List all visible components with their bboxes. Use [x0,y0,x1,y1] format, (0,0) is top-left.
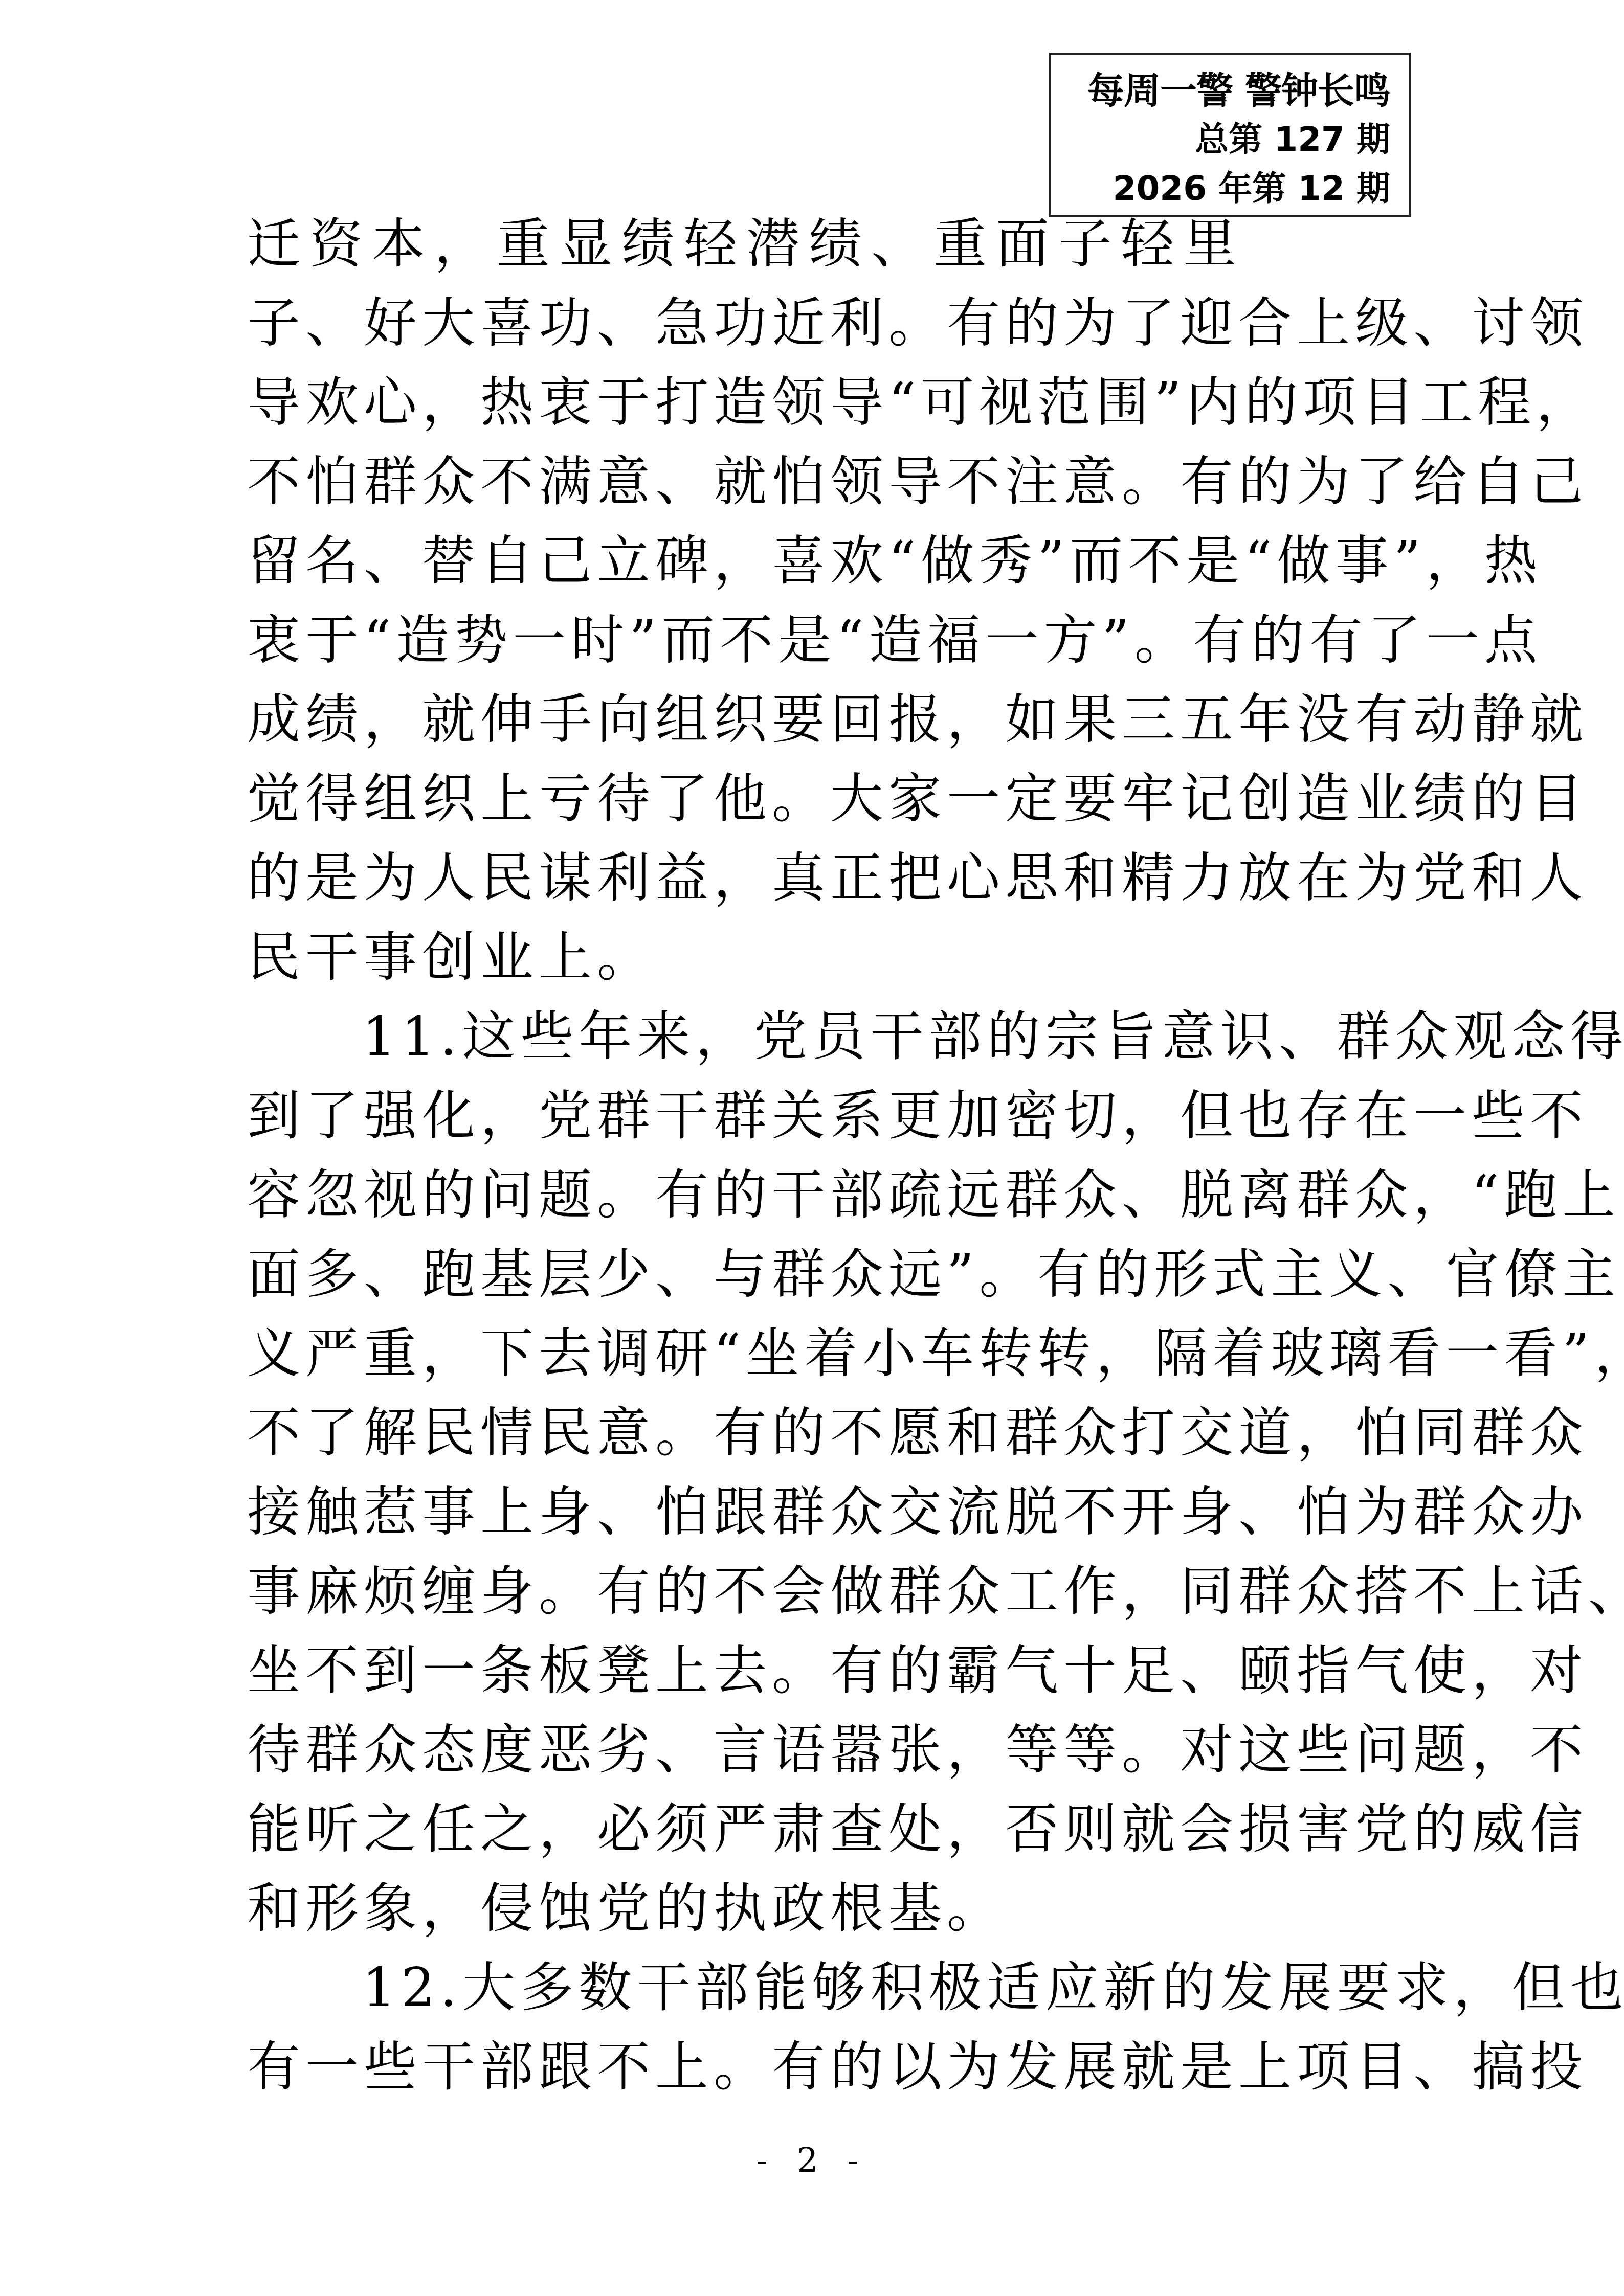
text-line: 义严重，下去调研“坐着小车转转，隔着玻璃看一看”， [247,1314,1393,1393]
total-issue-number: 总第 127 期 [1051,115,1390,164]
paragraph-continued: 迁资本，重显绩轻潜绩、重面子轻里 子、好大喜功、急功近利。有的为了迎合上级、讨领… [247,205,1393,997]
text-line: 事麻烦缠身。有的不会做群众工作，同群众搭不上话、 [247,1552,1393,1631]
paragraph-11: 11.这些年来，党员干部的宗旨意识、群众观念得 到了强化，党群干群关系更加密切，… [247,997,1393,1948]
text-line: 到了强化，党群干群关系更加密切，但也存在一些不 [247,1076,1393,1156]
text-line: 不了解民情民意。有的不愿和群众打交道，怕同群众 [247,1393,1393,1473]
text-line: 坐不到一条板凳上去。有的霸气十足、颐指气使，对 [247,1631,1393,1710]
text-line: 的是为人民谋利益，真正把心思和精力放在为党和人 [247,839,1393,918]
document-body: 迁资本，重显绩轻潜绩、重面子轻里 子、好大喜功、急功近利。有的为了迎合上级、讨领… [247,205,1393,2107]
text-line: 不怕群众不满意、就怕领导不注意。有的为了给自己 [247,442,1393,522]
text-line: 11.这些年来，党员干部的宗旨意识、群众观念得 [247,997,1393,1076]
text-line: 导欢心，热衷于打造领导“可视范围”内的项目工程， [247,363,1393,442]
text-line: 子、好大喜功、急功近利。有的为了迎合上级、讨领 [247,284,1393,363]
text-line: 迁资本，重显绩轻潜绩、重面子轻里 [247,205,1393,284]
text-line: 觉得组织上亏待了他。大家一定要牢记创造业绩的目 [247,759,1393,839]
text-line: 接触惹事上身、怕跟群众交流脱不开身、怕为群众办 [247,1473,1393,1552]
text-line: 12.大多数干部能够积极适应新的发展要求，但也 [247,1948,1393,2028]
bulletin-title: 每周一警 警钟长鸣 [1051,66,1390,115]
text-line: 有一些干部跟不上。有的以为发展就是上项目、搞投 [247,2028,1393,2107]
text-line: 和形象，侵蚀党的执政根基。 [247,1869,1393,1948]
issue-header-box: 每周一警 警钟长鸣 总第 127 期 2026 年第 12 期 [1049,53,1411,217]
text-line: 成绩，就伸手向组织要回报，如果三五年没有动静就 [247,680,1393,759]
paragraph-12: 12.大多数干部能够积极适应新的发展要求，但也 有一些干部跟不上。有的以为发展就… [247,1948,1393,2107]
text-line: 待群众态度恶劣、言语嚣张，等等。对这些问题，不 [247,1710,1393,1790]
text-line: 留名、替自己立碑，喜欢“做秀”而不是“做事”，热 [247,522,1393,601]
text-line: 民干事创业上。 [247,918,1393,997]
text-line: 衷于“造势一时”而不是“造福一方”。有的有了一点 [247,601,1393,680]
page-number: - 2 - [0,2137,1624,2184]
text-line: 面多、跑基层少、与群众远”。有的形式主义、官僚主 [247,1235,1393,1314]
text-line: 容忽视的问题。有的干部疏远群众、脱离群众，“跑上 [247,1156,1393,1235]
text-line: 能听之任之，必须严肃查处，否则就会损害党的威信 [247,1790,1393,1869]
